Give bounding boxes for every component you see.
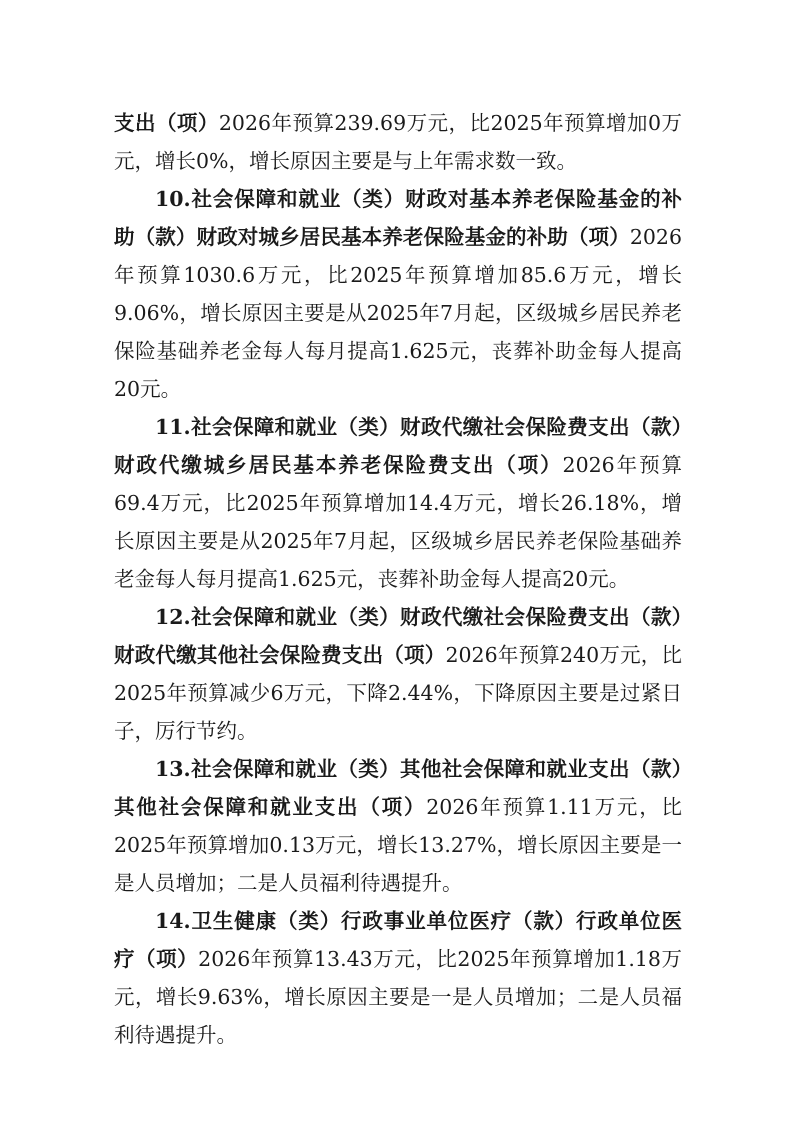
item-heading: 支出（项） [114,111,219,135]
paragraph-item-14: 14.卫生健康（类）行政事业单位医疗（款）行政单位医疗（项）2026年预算13.… [114,902,682,1054]
paragraph-item-10: 10.社会保障和就业（类）财政对基本养老保险基金的补助（款）财政对城乡居民基本养… [114,180,682,408]
document-page: 支出（项）2026年预算239.69万元，比2025年预算增加0万元，增长0%，… [114,104,682,1054]
item-heading: 10.社会保障和就业（类）财政对基本养老保险基金的补助（款）财政对城乡居民基本养… [114,187,682,249]
item-body: 2026年预算1030.6万元，比2025年预算增加85.6万元，增长9.06%… [114,225,682,401]
item-body: 2026年预算13.43万元，比2025年预算增加1.18万元，增长9.63%，… [114,947,682,1047]
paragraph-item-13: 13.社会保障和就业（类）其他社会保障和就业支出（款）其他社会保障和就业支出（项… [114,750,682,902]
paragraph-item-12: 12.社会保障和就业（类）财政代缴社会保险费支出（款）财政代缴其他社会保险费支出… [114,598,682,750]
paragraph-item-11: 11.社会保障和就业（类）财政代缴社会保险费支出（款）财政代缴城乡居民基本养老保… [114,408,682,598]
paragraph-9-continuation: 支出（项）2026年预算239.69万元，比2025年预算增加0万元，增长0%，… [114,104,682,180]
